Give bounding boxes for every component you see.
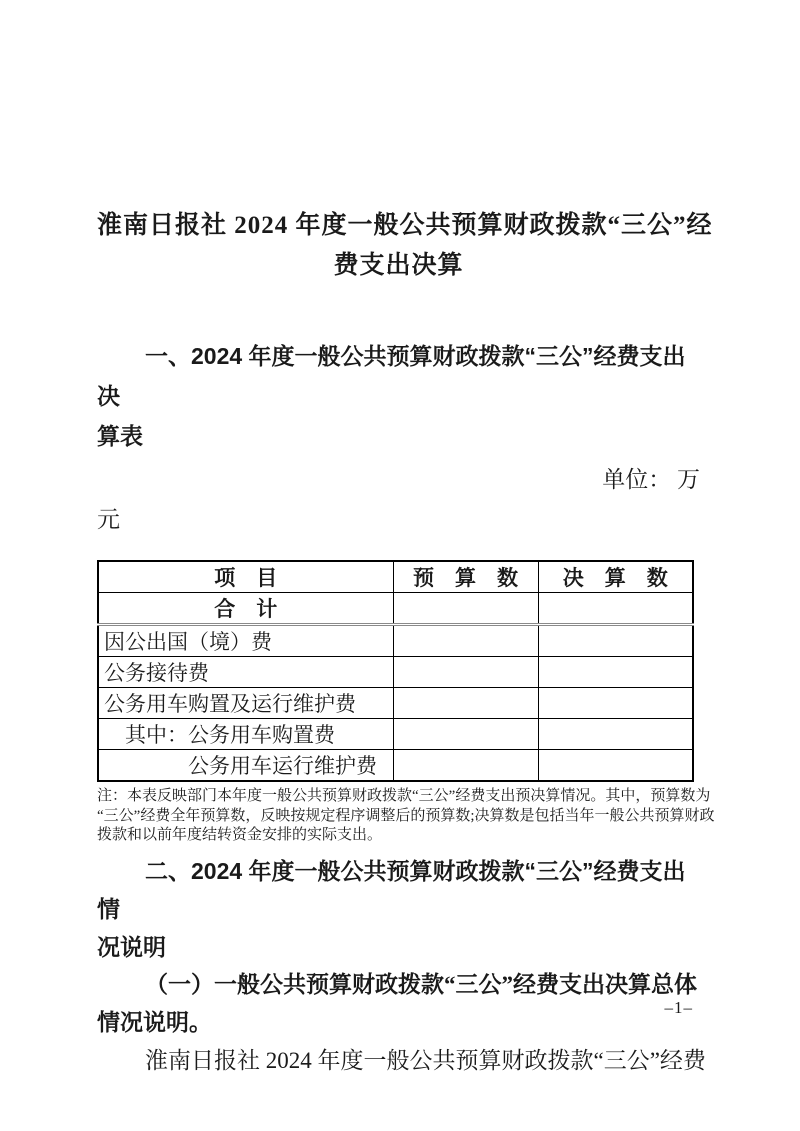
page-number: –1– — [665, 998, 694, 1018]
table-cell-label: 公务用车运行维护费 — [98, 750, 393, 782]
subsection-1-heading-line-2: 情况说明。 — [97, 1004, 700, 1042]
table-cell-final — [538, 688, 693, 719]
table-cell-label: 因公出国（境）费 — [98, 625, 393, 657]
document-title-line-1: 淮南日报社 2024 年度一般公共预算财政拨款“三公”经 — [97, 206, 700, 246]
budget-table: 项 目 预 算 数 决 算 数 合 计 因公出国（境）费 公务接待费 公务用车购… — [97, 560, 694, 782]
table-cell-final — [538, 657, 693, 688]
table-cell-final — [538, 625, 693, 657]
table-cell-final — [538, 593, 693, 625]
table-row-reception-fee: 公务接待费 — [98, 657, 693, 688]
section-2-heading-line-2: 况说明 — [97, 928, 700, 966]
section-1-heading: 一、2024 年度一般公共预算财政拨款“三公”经费支出决 算表 — [97, 336, 700, 456]
section-1-heading-line-1: 一、2024 年度一般公共预算财政拨款“三公”经费支出决 — [97, 336, 700, 416]
table-cell-final — [538, 750, 693, 782]
table-header-budget: 预 算 数 — [393, 561, 538, 593]
section-2-heading: 二、2024 年度一般公共预算财政拨款“三公”经费支出情 况说明 — [97, 852, 700, 966]
table-cell-label: 公务用车购置及运行维护费 — [98, 688, 393, 719]
section-1-heading-line-2: 算表 — [97, 416, 700, 456]
table-note-line-2: “三公”经费全年预算数，反映按规定程序调整后的预算数;决算数是包括当年一般公共预… — [97, 807, 700, 827]
subsection-1-heading: （一）一般公共预算财政拨款“三公”经费支出决算总体 情况说明。 — [97, 966, 700, 1042]
unit-label-wrap: 元 — [97, 500, 700, 540]
table-cell-budget — [393, 657, 538, 688]
table-row-abroad-fee: 因公出国（境）费 — [98, 625, 693, 657]
document-title: 淮南日报社 2024 年度一般公共预算财政拨款“三公”经 费支出决算 — [97, 206, 700, 286]
table-row-total: 合 计 — [98, 593, 693, 625]
section-2-heading-line-1: 二、2024 年度一般公共预算财政拨款“三公”经费支出情 — [97, 852, 700, 928]
document-title-line-2: 费支出决算 — [97, 246, 700, 286]
table-row-vehicle-operation: 公务用车运行维护费 — [98, 750, 693, 782]
table-note-line-1: 注：本表反映部门本年度一般公共预算财政拨款“三公”经费支出预决算情况。其中，预算… — [97, 787, 700, 807]
document-page: 淮南日报社 2024 年度一般公共预算财政拨款“三公”经 费支出决算 一、202… — [0, 0, 800, 1131]
unit-label: 单位： 万 — [97, 460, 700, 500]
table-cell-label: 公务接待费 — [98, 657, 393, 688]
table-cell-budget — [393, 688, 538, 719]
table-cell-budget — [393, 593, 538, 625]
table-header-item: 项 目 — [98, 561, 393, 593]
table-row-vehicle-total: 公务用车购置及运行维护费 — [98, 688, 693, 719]
table-header-final: 决 算 数 — [538, 561, 693, 593]
table-note-line-3: 拨款和以前年度结转资金安排的实际支出。 — [97, 826, 700, 846]
body-paragraph: 淮南日报社 2024 年度一般公共预算财政拨款“三公”经费 — [97, 1042, 700, 1080]
table-row-vehicle-purchase: 其中：公务用车购置费 — [98, 719, 693, 750]
table-note: 注：本表反映部门本年度一般公共预算财政拨款“三公”经费支出预决算情况。其中，预算… — [97, 787, 700, 846]
table-cell-label: 其中：公务用车购置费 — [98, 719, 393, 750]
table-cell-budget — [393, 719, 538, 750]
table-cell-label: 合 计 — [98, 593, 393, 625]
subsection-1-heading-line-1: （一）一般公共预算财政拨款“三公”经费支出决算总体 — [97, 966, 700, 1004]
table-cell-final — [538, 719, 693, 750]
table-cell-budget — [393, 625, 538, 657]
page-content: 淮南日报社 2024 年度一般公共预算财政拨款“三公”经 费支出决算 一、202… — [0, 206, 800, 1080]
table-header-row: 项 目 预 算 数 决 算 数 — [98, 561, 693, 593]
table-cell-budget — [393, 750, 538, 782]
